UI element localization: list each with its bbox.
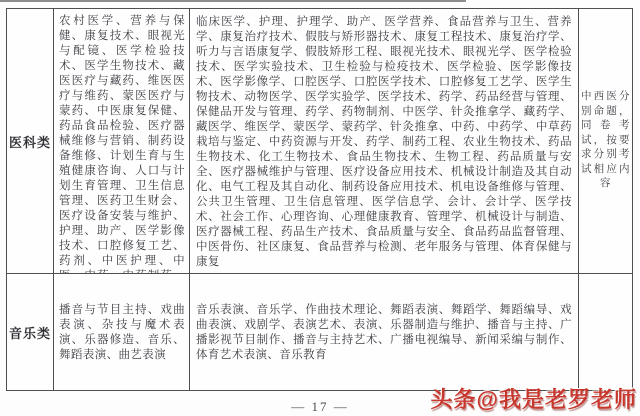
category-label: 医科类 (9, 132, 51, 151)
music-exam-note-cell (579, 274, 632, 390)
medical-college-majors-cell: 临床医学、护理、护理学、助产、医学营养、食品营养与卫生、营养学、康复治疗技术、假… (190, 9, 579, 274)
medical-secondary-majors-text: 农村医学、营养与保健、康复技术、眼视光与配镜、医学检验技术、医学生物技术、藏医医… (59, 14, 185, 274)
top-edge-artifact-line (0, 0, 466, 2)
music-college-majors-cell: 音乐表演、音乐学、作曲技术理论、舞蹈表演、舞蹈学、舞蹈编导、戏曲表演、戏剧学、表… (190, 274, 579, 390)
medical-exam-note-cell: 中西医分别命题，同卷考试，按要求分别考试相应内容 (579, 9, 632, 274)
medical-secondary-majors-cell: 农村医学、营养与保健、康复技术、眼视光与配镜、医学检验技术、医学生物技术、藏医医… (54, 9, 190, 274)
medical-exam-note-text: 中西医分别命题，同卷考试，按要求分别考试相应内容 (581, 90, 630, 192)
category-cell-music: 音乐类 (7, 274, 54, 390)
category-cell-medical: 医科类 (7, 9, 54, 274)
music-secondary-majors-cell: 播音与节目主持、戏曲表演、杂技与魔术表演、乐器修造、音乐、舞蹈表演、曲艺表演 (54, 274, 190, 390)
medical-college-majors-text: 临床医学、护理、护理学、助产、医学营养、食品营养与卫生、营养学、康复治疗技术、假… (196, 15, 572, 270)
category-label: 音乐类 (9, 323, 51, 342)
music-secondary-majors-text: 播音与节目主持、戏曲表演、杂技与魔术表演、乐器修造、音乐、舞蹈表演、曲艺表演 (59, 303, 185, 363)
watermark: 头条@我是老罗老师 (431, 383, 637, 414)
music-college-majors-text: 音乐表演、音乐学、作曲技术理论、舞蹈表演、舞蹈学、舞蹈编导、戏曲表演、戏剧学、表… (196, 303, 572, 363)
majors-table: 医科类 农村医学、营养与保健、康复技术、眼视光与配镜、医学检验技术、医学生物技术… (6, 8, 633, 391)
